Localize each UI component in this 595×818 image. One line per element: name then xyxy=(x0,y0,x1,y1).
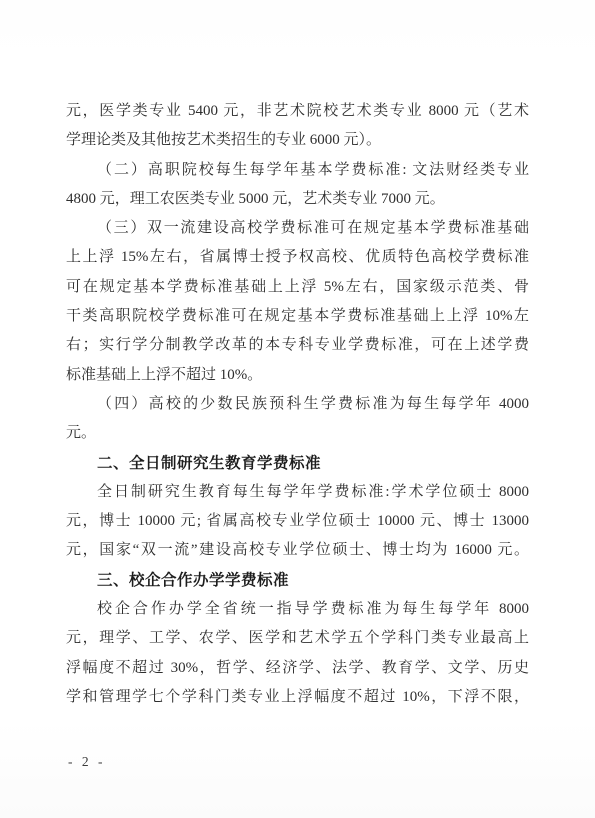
text-line: 上上浮 15%左右，省属博士授予权高校、优质特色高校学费标准 xyxy=(66,243,529,272)
text-line: 元，理学、工学、农学、医学和艺术学五个学科门类专业最高上 xyxy=(66,624,529,653)
text-line: 学理论类及其他按艺术类招生的专业 6000 元）。 xyxy=(66,126,529,155)
section-heading-2: 二、全日制研究生教育学费标准 xyxy=(66,449,529,478)
text-line: 全日制研究生教育每生每学年学费标准:学术学位硕士 8000 xyxy=(66,478,529,507)
page-number: - 2 - xyxy=(68,752,104,772)
section-heading-3: 三、校企合作办学学费标准 xyxy=(66,566,529,595)
text-line: 元。 xyxy=(66,419,529,448)
document-page: 元，医学类专业 5400 元，非艺术院校艺术类专业 8000 元（艺术 学理论类… xyxy=(0,0,595,818)
text-line: 浮幅度不超过 30%，哲学、经济学、法学、教育学、文学、历史 xyxy=(66,654,529,683)
text-line: 元，国家“双一流”建设高校专业学位硕士、博士均为 16000 元。 xyxy=(66,536,529,565)
text-line: 标准基础上上浮不超过 10%。 xyxy=(66,361,529,390)
text-line: 元，医学类专业 5400 元，非艺术院校艺术类专业 8000 元（艺术 xyxy=(66,97,529,126)
text-line: （二）高职院校每生每学年基本学费标准: 文法财经类专业 xyxy=(66,156,529,185)
text-line: 可在规定基本学费标准基础上上浮 5%左右，国家级示范类、骨 xyxy=(66,273,529,302)
text-line: 4800 元，理工农医类专业 5000 元，艺术类专业 7000 元。 xyxy=(66,185,529,214)
text-line: 干类高职院校学费标准可在规定基本学费标准基础上上浮 10%左 xyxy=(66,302,529,331)
text-line: （四）高校的少数民族预科生学费标准为每生每学年 4000 xyxy=(66,390,529,419)
text-line: 右；实行学分制教学改革的本专科专业学费标准，可在上述学费 xyxy=(66,331,529,360)
text-line: 学和管理学七个学科门类专业上浮幅度不超过 10%，下浮不限， xyxy=(66,683,529,712)
text-line: 元，博士 10000 元; 省属高校专业学位硕士 10000 元、博士 1300… xyxy=(66,507,529,536)
text-line: 校企合作办学全省统一指导学费标准为每生每学年 8000 xyxy=(66,595,529,624)
document-text-block: 元，医学类专业 5400 元，非艺术院校艺术类专业 8000 元（艺术 学理论类… xyxy=(66,97,529,712)
text-line: （三）双一流建设高校学费标准可在规定基本学费标准基础 xyxy=(66,214,529,243)
